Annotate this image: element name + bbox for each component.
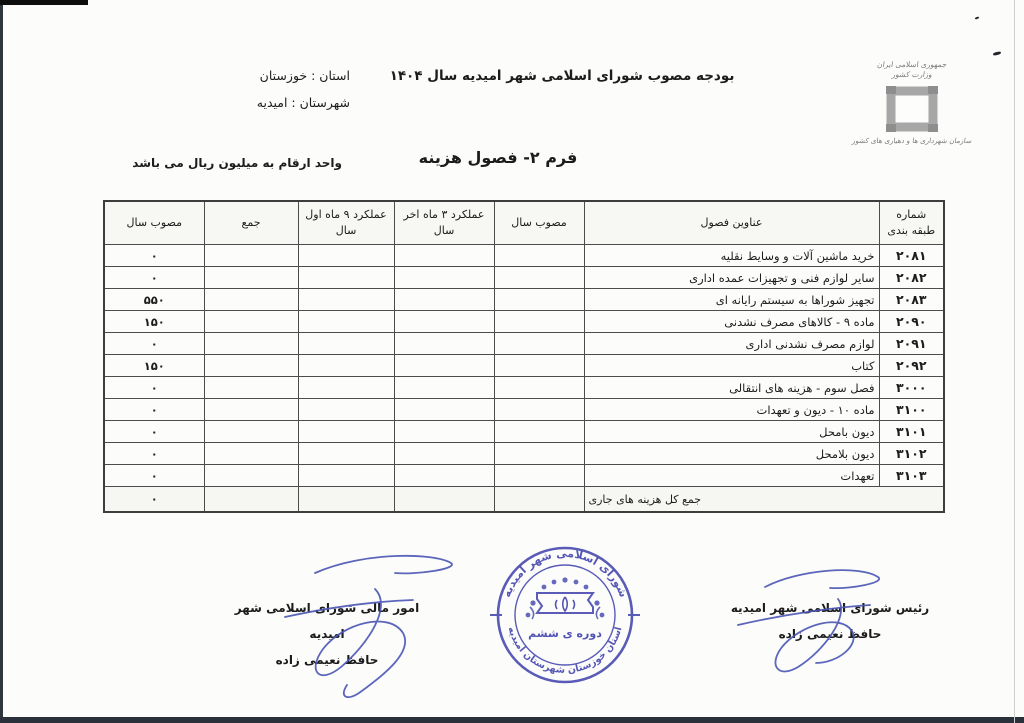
cell-empty xyxy=(204,355,298,377)
cell-empty xyxy=(494,355,584,377)
cell-empty xyxy=(298,377,394,399)
col-header-performance-last-3-months: عملکرد ۳ ماه اخر سال xyxy=(394,201,494,245)
cell-approved-value: ۰ xyxy=(104,399,204,421)
cell-empty xyxy=(204,421,298,443)
cell-title: خرید ماشین آلات و وسایط نقلیه xyxy=(584,245,879,267)
cell-title: کتاب xyxy=(584,355,879,377)
col-header-chapter-titles: عناوین فصول xyxy=(584,201,879,245)
signature-block-chairman: رئیس شورای اسلامی شهر امیدیه حافظ نعیمی … xyxy=(725,595,935,647)
cell-empty xyxy=(204,311,298,333)
cell-approved-value: ۱۵۰ xyxy=(104,355,204,377)
ink-speck xyxy=(975,16,979,19)
col-header-classification-number: شماره طبقه بندی xyxy=(879,201,944,245)
col-header-approved-year: مصوب سال xyxy=(494,201,584,245)
cell-title: لوازم مصرف نشدنی اداری xyxy=(584,333,879,355)
cell-approved-value: ۰ xyxy=(104,443,204,465)
cell-empty xyxy=(204,267,298,289)
cell-title: تعهدات xyxy=(584,465,879,487)
cell-empty xyxy=(394,377,494,399)
cell-empty xyxy=(394,311,494,333)
cell-approved-value: ۰ xyxy=(104,333,204,355)
scan-edge-left xyxy=(0,0,3,723)
cell-empty xyxy=(204,487,298,513)
cell-empty xyxy=(204,245,298,267)
form-title: فرم ۲- فصول هزینه xyxy=(408,148,588,167)
cell-empty xyxy=(394,245,494,267)
cell-code: ۳۱۰۳ xyxy=(879,465,944,487)
cell-code: ۳۱۰۲ xyxy=(879,443,944,465)
cell-empty xyxy=(298,355,394,377)
table-row: ۲۰۹۲ کتاب ۱۵۰ xyxy=(104,355,944,377)
document-title: بودجه مصوب شورای اسلامی شهر امیدیه سال ۱… xyxy=(362,68,762,84)
cell-empty xyxy=(394,355,494,377)
cell-title: ماده ۹ - کالاهای مصرف نشدنی xyxy=(584,311,879,333)
cell-empty xyxy=(494,377,584,399)
cell-empty xyxy=(204,333,298,355)
cell-empty xyxy=(298,421,394,443)
cell-empty xyxy=(204,289,298,311)
table-row: ۲۰۹۰ ماده ۹ - کالاهای مصرف نشدنی ۱۵۰ xyxy=(104,311,944,333)
signature-block-finance: امور مالی شورای اسلامی شهر امیدیه حافظ ن… xyxy=(222,595,432,673)
stamp-banner xyxy=(537,593,593,613)
chairman-name: حافظ نعیمی زاده xyxy=(725,621,935,647)
col-header-approved-year-2: مصوب سال xyxy=(104,201,204,245)
scan-edge-bottom xyxy=(0,717,1024,723)
cell-empty xyxy=(494,289,584,311)
scan-edge-right xyxy=(1014,0,1015,723)
cell-approved-value: ۰ xyxy=(104,465,204,487)
cell-title: ماده ۱۰ - دیون و تعهدات xyxy=(584,399,879,421)
region-block: استان : خوزستان شهرستان : امیدیه xyxy=(180,62,350,116)
cell-code: ۳۱۰۰ xyxy=(879,399,944,421)
cell-empty xyxy=(204,465,298,487)
logo-text-mid: وزارت کشور xyxy=(851,70,972,80)
cell-empty xyxy=(298,443,394,465)
cell-code: ۲۰۹۰ xyxy=(879,311,944,333)
cell-code: ۲۰۸۳ xyxy=(879,289,944,311)
province-label: استان : خوزستان xyxy=(180,62,350,89)
cell-title: دیون بامحل xyxy=(584,421,879,443)
cell-empty xyxy=(204,377,298,399)
table-row: ۳۱۰۳ تعهدات ۰ xyxy=(104,465,944,487)
cell-empty xyxy=(394,465,494,487)
cell-code: ۲۰۸۱ xyxy=(879,245,944,267)
cell-title: تجهیز شوراها به سیستم رایانه ای xyxy=(584,289,879,311)
table-total-row: جمع کل هزینه های جاری ۰ xyxy=(104,487,944,513)
cell-empty xyxy=(298,465,394,487)
cell-approved-value: ۵۵۰ xyxy=(104,289,204,311)
cell-empty xyxy=(494,421,584,443)
cell-empty xyxy=(298,399,394,421)
col-header-total: جمع xyxy=(204,201,298,245)
cell-empty xyxy=(494,465,584,487)
logo-text-bottom: سازمان شهرداری ها و دهیاری های کشور xyxy=(851,136,972,146)
cell-empty xyxy=(494,245,584,267)
finance-role: امور مالی شورای اسلامی شهر امیدیه xyxy=(222,595,432,647)
cell-approved-value: ۰ xyxy=(104,377,204,399)
cell-empty xyxy=(394,333,494,355)
cell-total-label: جمع کل هزینه های جاری xyxy=(584,487,944,513)
cell-approved-value: ۰ xyxy=(104,245,204,267)
unit-note: واحد ارقام به میلیون ریال می باشد xyxy=(112,156,342,170)
col-header-performance-first-9-months: عملکرد ۹ ماه اول سال xyxy=(298,201,394,245)
table-row: ۳۱۰۲ دیون بلامحل ۰ xyxy=(104,443,944,465)
cell-title: دیون بلامحل xyxy=(584,443,879,465)
cell-empty xyxy=(394,399,494,421)
cell-empty xyxy=(394,487,494,513)
logo-text-top: جمهوری اسلامی ایران xyxy=(851,60,972,70)
table-row: ۳۱۰۱ دیون بامحل ۰ xyxy=(104,421,944,443)
ministry-logo: جمهوری اسلامی ایران وزارت کشور سازمان شه… xyxy=(852,60,972,146)
stamp-term-text: دوره ی ششم xyxy=(528,627,602,640)
cell-title: فصل سوم - هزینه های انتقالی xyxy=(584,377,879,399)
finance-name: حافظ نعیمی زاده xyxy=(222,647,432,673)
cell-empty xyxy=(298,245,394,267)
cell-total-approved-value: ۰ xyxy=(104,487,204,513)
cell-title: سایر لوازم فنی و تجهیزات عمده اداری xyxy=(584,267,879,289)
table-row: ۳۰۰۰ فصل سوم - هزینه های انتقالی ۰ xyxy=(104,377,944,399)
cell-code: ۲۰۹۲ xyxy=(879,355,944,377)
cell-approved-value: ۰ xyxy=(104,267,204,289)
table-row: ۲۰۸۳ تجهیز شوراها به سیستم رایانه ای ۵۵۰ xyxy=(104,289,944,311)
cell-empty xyxy=(494,311,584,333)
cell-approved-value: ۰ xyxy=(104,421,204,443)
county-label: شهرستان : امیدیه xyxy=(180,89,350,116)
cell-empty xyxy=(298,487,394,513)
cell-empty xyxy=(494,333,584,355)
table-row: ۲۰۹۱ لوازم مصرف نشدنی اداری ۰ xyxy=(104,333,944,355)
cell-empty xyxy=(394,443,494,465)
cell-empty xyxy=(394,267,494,289)
cell-code: ۳۰۰۰ xyxy=(879,377,944,399)
council-stamp: شورای اسلامی شهر امیدیه استان خوزستان شه… xyxy=(478,541,652,715)
cell-empty xyxy=(204,399,298,421)
table-header-row: شماره طبقه بندی عناوین فصول مصوب سال عمل… xyxy=(104,201,944,245)
table-row: ۲۰۸۱ خرید ماشین آلات و وسایط نقلیه ۰ xyxy=(104,245,944,267)
cell-empty xyxy=(394,421,494,443)
cell-empty xyxy=(494,443,584,465)
chairman-role: رئیس شورای اسلامی شهر امیدیه xyxy=(725,595,935,621)
cell-empty xyxy=(394,289,494,311)
cell-empty xyxy=(494,487,584,513)
scanned-budget-form: بودجه مصوب شورای اسلامی شهر امیدیه سال ۱… xyxy=(0,0,1024,723)
cell-empty xyxy=(494,267,584,289)
cell-empty xyxy=(298,267,394,289)
cell-empty xyxy=(298,333,394,355)
cell-empty xyxy=(204,443,298,465)
ink-speck xyxy=(993,51,1002,56)
table-row: ۳۱۰۰ ماده ۱۰ - دیون و تعهدات ۰ xyxy=(104,399,944,421)
cell-code: ۳۱۰۱ xyxy=(879,421,944,443)
cell-empty xyxy=(494,399,584,421)
scan-corner-mark xyxy=(0,0,88,5)
table-row: ۲۰۸۲ سایر لوازم فنی و تجهیزات عمده اداری… xyxy=(104,267,944,289)
cell-code: ۲۰۹۱ xyxy=(879,333,944,355)
ministry-emblem-icon xyxy=(886,86,938,132)
cell-approved-value: ۱۵۰ xyxy=(104,311,204,333)
cell-empty xyxy=(298,289,394,311)
budget-table: شماره طبقه بندی عناوین فصول مصوب سال عمل… xyxy=(103,200,945,513)
stamp-arc-text: شورای اسلامی شهر امیدیه xyxy=(500,547,630,599)
cell-empty xyxy=(298,311,394,333)
cell-code: ۲۰۸۲ xyxy=(879,267,944,289)
